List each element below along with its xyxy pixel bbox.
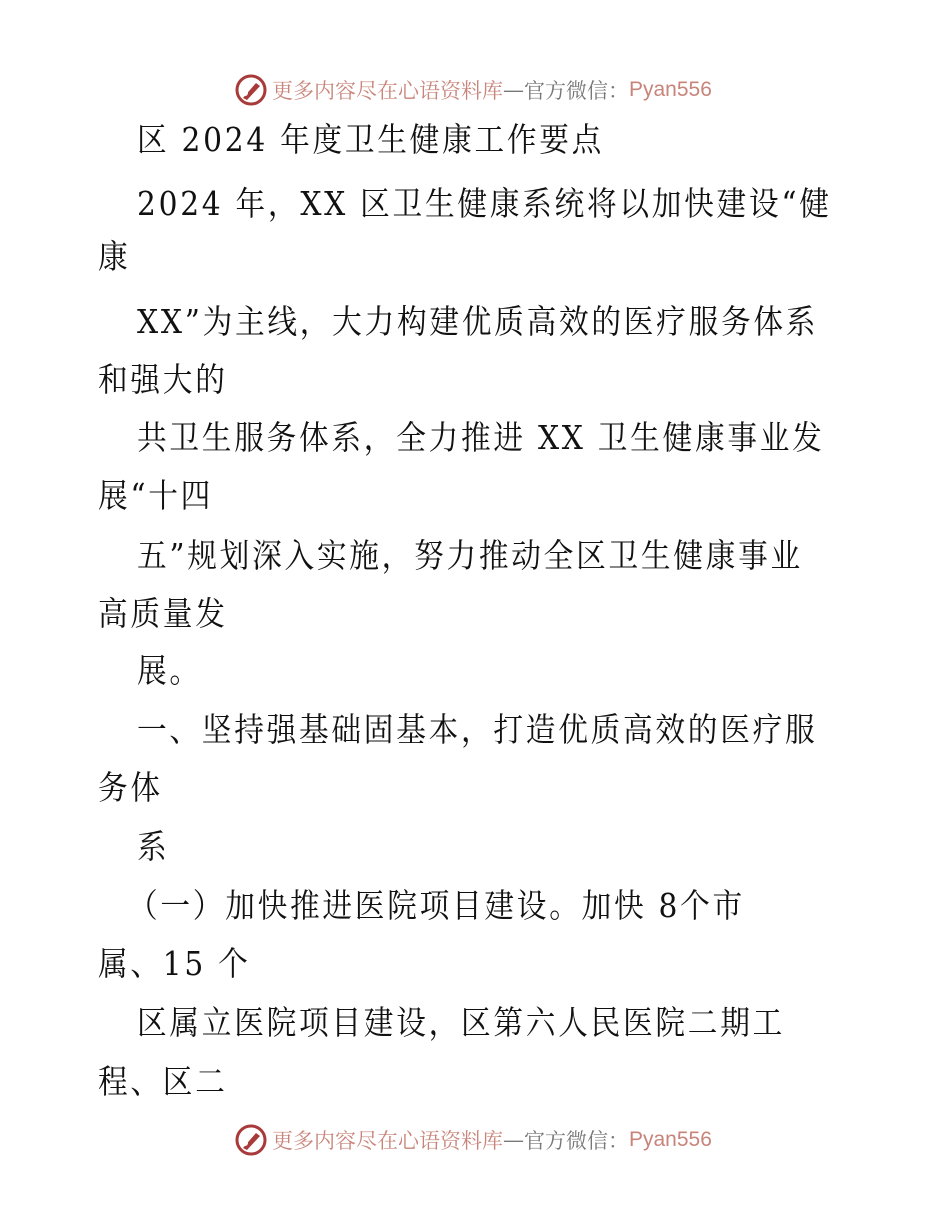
text-line: 2024 年，XX 区卫生健康系统将以加快建设“健: [137, 184, 832, 224]
text-line: 务体: [98, 768, 163, 808]
text-line: 展。: [137, 651, 202, 691]
watermark-id: Pyan556: [629, 78, 712, 102]
text-line: 属、15 个: [98, 944, 251, 984]
watermark-dash: —: [503, 1128, 524, 1152]
text-line: XX”为主线，大力构建优质高效的医疗服务体系: [137, 302, 818, 342]
text-line: 康: [98, 237, 130, 277]
watermark-banner-top: 更多内容尽在心语资料库 — 官方微信： Pyan556: [234, 70, 712, 110]
watermark-banner-bottom: 更多内容尽在心语资料库 — 官方微信： Pyan556: [234, 1120, 712, 1160]
watermark-gray-text: 官方微信：: [524, 75, 629, 105]
text-line: 高质量发: [98, 594, 228, 634]
text-line: 展“十四: [98, 476, 213, 516]
subsection-heading: （一）加快推进医院项目建设。加快 8个市: [128, 886, 745, 926]
document-title: 区 2024 年度卫生健康工作要点: [137, 120, 604, 160]
text-line: 区属立医院项目建设，区第六人民医院二期工: [137, 1003, 785, 1043]
text-line: 共卫生服务体系，全力推进 XX 卫生健康事业发: [137, 418, 825, 458]
pen-nib-logo-icon: [234, 73, 268, 107]
text-line: 五”规划深入实施，努力推动全区卫生健康事业: [137, 536, 803, 576]
watermark-red-text: 更多内容尽在心语资料库: [272, 1125, 503, 1155]
text-line: 程、区二: [98, 1062, 228, 1102]
watermark-dash: —: [503, 78, 524, 102]
section-heading: 一、坚持强基础固基本，打造优质高效的医疗服: [137, 710, 817, 750]
watermark-id: Pyan556: [629, 1128, 712, 1152]
watermark-red-text: 更多内容尽在心语资料库: [272, 75, 503, 105]
text-line: 和强大的: [98, 360, 228, 400]
text-line: 系: [137, 827, 169, 867]
pen-nib-logo-icon: [234, 1123, 268, 1157]
watermark-gray-text: 官方微信：: [524, 1125, 629, 1155]
